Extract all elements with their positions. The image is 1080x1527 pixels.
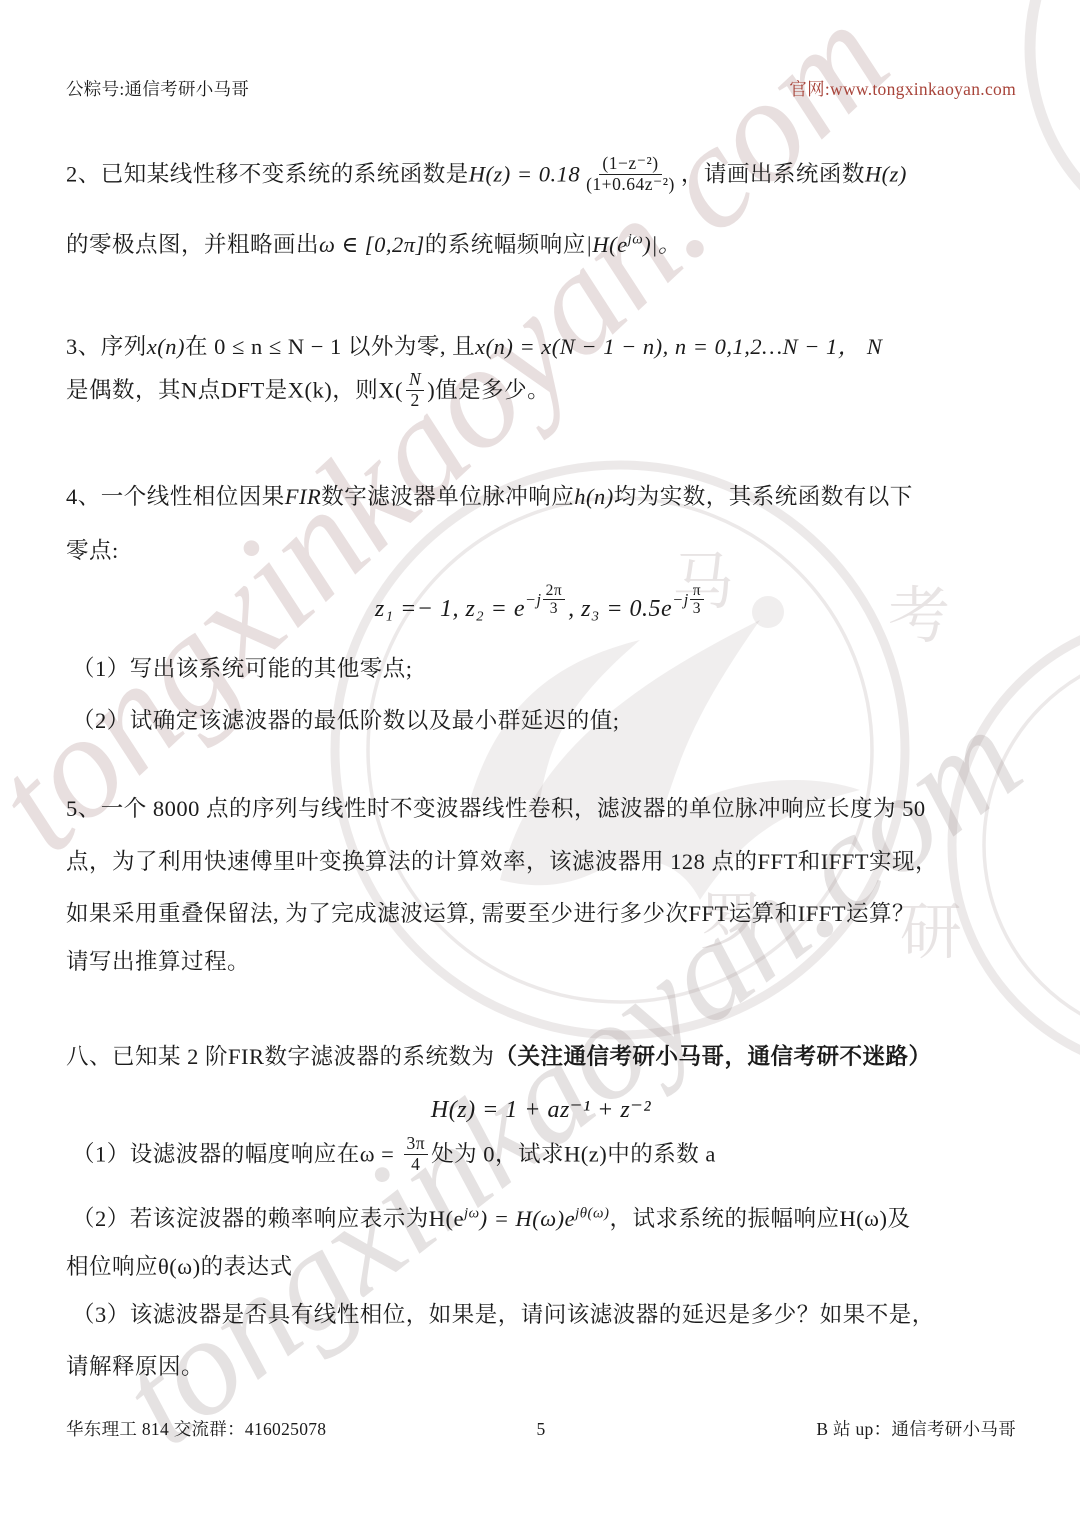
question-8-sub-2-line-2: 相位响应θ(ω)的表达式 bbox=[66, 1250, 1016, 1284]
q2-l2-text-c: )|。 bbox=[643, 232, 681, 257]
footer-group-info: 华东理工 814 交流群：416025078 bbox=[66, 1416, 446, 1441]
question-3-line-1: 3、序列x(n)在 0 ≤ n ≤ N − 1 以外为零, 且x(n) = x(… bbox=[66, 330, 1016, 364]
question-4-formula: z₁ =− 1, z₂ = e−j2π3, z₃ = 0.5e−jπ3 bbox=[66, 582, 1016, 627]
q4-exp2-prefix: −j bbox=[672, 592, 689, 608]
q4-exp2-fraction: π3 bbox=[690, 582, 704, 618]
question-5-line-3: 如果采用重叠保留法, 为了完成滤波运算, 需要至少进行多少次FFT运算和IFFT… bbox=[66, 897, 1016, 931]
q3-fraction-denominator: 2 bbox=[407, 391, 422, 411]
question-4-line-2: 零点: bbox=[66, 534, 1016, 568]
page-number: 5 bbox=[446, 1419, 636, 1440]
q8-s1-denominator: 4 bbox=[408, 1155, 423, 1175]
q8-intro-bold: （关注通信考研小马哥，通信考研不迷路） bbox=[495, 1044, 932, 1069]
q3-fraction-numerator: N bbox=[406, 370, 424, 391]
q4-exponent-2: −jπ3 bbox=[672, 582, 707, 618]
q4-exponent-1: −j2π3 bbox=[525, 582, 568, 618]
q4-l1-text-b: 数字滤波器单位脉冲响应 bbox=[321, 484, 574, 509]
q4-exp1-prefix: −j bbox=[525, 592, 542, 608]
question-4-line-1: 4、一个线性相位因果FIR数字滤波器单位脉冲响应h(n)均为实数，其系统函数有以… bbox=[66, 480, 1016, 514]
header-right-website: 官网:www.tongxinkaoyan.com bbox=[789, 76, 1016, 101]
q2-intro-text: 2、已知某线性移不变系统的系统函数是 bbox=[66, 161, 469, 186]
q8-s2-superscript-1: jω bbox=[464, 1206, 480, 1222]
question-3-line-2: 是偶数，其N点DFT是X(k)，则X(N2)值是多少。 bbox=[66, 372, 1016, 412]
q2-formula-post: ， bbox=[681, 161, 704, 186]
footer-bilibili-info: B 站 up：通信考研小马哥 bbox=[636, 1416, 1016, 1441]
q2-l2-math-2: |H(e bbox=[586, 232, 628, 257]
question-8-line-1: 八、已知某 2 阶FIR数字滤波器的系统数为（关注通信考研小马哥，通信考研不迷路… bbox=[66, 1040, 1016, 1074]
q4-l1-math-1: FIR bbox=[285, 484, 321, 509]
q8-s2-text-c: ，试求系统的振幅响应H(ω)及 bbox=[609, 1206, 910, 1231]
q8-s1-numerator: 3π bbox=[404, 1134, 429, 1155]
q4-l1-text-c: 均为实数，其系统函数有以下 bbox=[614, 484, 913, 509]
q8-s1-text-a: （1）设滤波器的幅度响应在ω = bbox=[72, 1141, 401, 1166]
document-page: tongxinkaoyan.com tongxinkaoyan.com 马 考 … bbox=[0, 0, 1080, 1527]
q3-l1-math-2: x(n) = x(N − 1 − n), n = 0,1,2…N − 1 bbox=[475, 334, 838, 359]
q3-l2-text-b: )值是多少。 bbox=[427, 377, 550, 402]
header-left-account: 公粽号:通信考研小马哥 bbox=[66, 76, 249, 101]
q4-exp1-fraction: 2π3 bbox=[543, 582, 566, 618]
question-2-line-1: 2、已知某线性移不变系统的系统函数是H(z) = 0.18(1−z⁻²)(1+0… bbox=[66, 156, 1016, 196]
q2-fraction-numerator: (1−z⁻²) bbox=[599, 154, 661, 175]
q3-l1-text-c: ， N bbox=[838, 334, 883, 359]
q4-exp1-numerator: 2π bbox=[543, 582, 566, 600]
q3-fraction: N2 bbox=[406, 370, 424, 410]
q2-fraction-denominator: (1+0.64z⁻²) bbox=[583, 175, 678, 195]
question-5-line-4: 请写出推算过程。 bbox=[66, 945, 1016, 979]
question-2-line-2: 的零极点图，并粗略画出ω ∈ [0,2π]的系统幅频响应|H(ejω)|。 bbox=[66, 228, 1016, 262]
q4-exp2-denominator: 3 bbox=[690, 600, 704, 617]
q2-formula-pre: H(z) = 0.18 bbox=[469, 161, 580, 186]
q2-tail-math: H(z) bbox=[865, 161, 907, 186]
q4-l1-text-a: 4、一个线性相位因果 bbox=[66, 484, 285, 509]
q2-l2-math-1: ω ∈ [0,2π] bbox=[319, 232, 425, 257]
q3-l1-text-a: 3、序列 bbox=[66, 334, 147, 359]
q8-s2-superscript-2: jθ(ω) bbox=[575, 1206, 609, 1222]
q2-l2-superscript: jω bbox=[628, 232, 644, 248]
question-8-sub-3: （3）该滤波器是否具有线性相位，如果是，请问该滤波器的延迟是多少？如果不是， bbox=[66, 1298, 1022, 1332]
q3-l2-text-a: 是偶数，其N点DFT是X(k)，则X( bbox=[66, 377, 403, 402]
page-footer: 华东理工 814 交流群：416025078 5 B 站 up：通信考研小马哥 bbox=[66, 1416, 1016, 1441]
q8-s1-fraction: 3π4 bbox=[404, 1134, 429, 1174]
q4-formula-part-2: , z₃ = 0.5e bbox=[568, 596, 672, 622]
q2-tail-text: 请画出系统函数 bbox=[704, 161, 865, 186]
q3-l1-math-1: x(n) bbox=[147, 334, 185, 359]
question-4-sub-2: （2）试确定该滤波器的最低阶数以及最小群延迟的值; bbox=[66, 704, 1022, 738]
watermark-diagonal-top: tongxinkaoyan.com bbox=[0, 0, 921, 884]
question-8-sub-2: （2）若该淀波器的赖率响应表示为H(ejω) = H(ω)ejθ(ω)，试求系统… bbox=[66, 1202, 1022, 1236]
q2-l2-text-a: 的零极点图，并粗略画出 bbox=[66, 232, 319, 257]
question-8-sub-3-line-2: 请解释原因。 bbox=[66, 1350, 1016, 1384]
page-header: 公粽号:通信考研小马哥 官网:www.tongxinkaoyan.com bbox=[66, 76, 1016, 101]
q4-formula-part-1: z₁ =− 1, z₂ = e bbox=[375, 596, 525, 622]
q8-s2-text-b: ) = H(ω)e bbox=[480, 1206, 576, 1231]
q8-s2-text-a: （2）若该淀波器的赖率响应表示为H(e bbox=[72, 1206, 464, 1231]
q4-l1-math-2: h(n) bbox=[574, 484, 614, 509]
question-4-sub-1: （1）写出该系统可能的其他零点; bbox=[66, 652, 1022, 686]
q3-l1-text-b: 在 0 ≤ n ≤ N − 1 以外为零, 且 bbox=[185, 334, 475, 359]
question-8-sub-1: （1）设滤波器的幅度响应在ω = 3π4处为 0，试求H(z)中的系数 a bbox=[66, 1136, 1022, 1176]
question-5-line-2: 点，为了利用快速傅里叶变换算法的计算效率，该滤波器用 128 点的FFT和IFF… bbox=[66, 845, 1016, 879]
q4-exp1-denominator: 3 bbox=[547, 600, 561, 617]
q2-fraction: (1−z⁻²)(1+0.64z⁻²) bbox=[583, 154, 678, 194]
question-5-line-1: 5、一个 8000 点的序列与线性时不变波器线性卷积，滤波器的单位脉冲响应长度为… bbox=[66, 792, 1016, 826]
q8-s1-text-b: 处为 0，试求H(z)中的系数 a bbox=[431, 1141, 716, 1166]
q4-exp2-numerator: π bbox=[690, 582, 704, 600]
q2-l2-text-b: 的系统幅频响应 bbox=[425, 232, 586, 257]
q8-intro-text: 八、已知某 2 阶FIR数字滤波器的系统数为 bbox=[66, 1044, 495, 1069]
question-8-formula: H(z) = 1 + az⁻¹ + z⁻² bbox=[66, 1092, 1016, 1128]
